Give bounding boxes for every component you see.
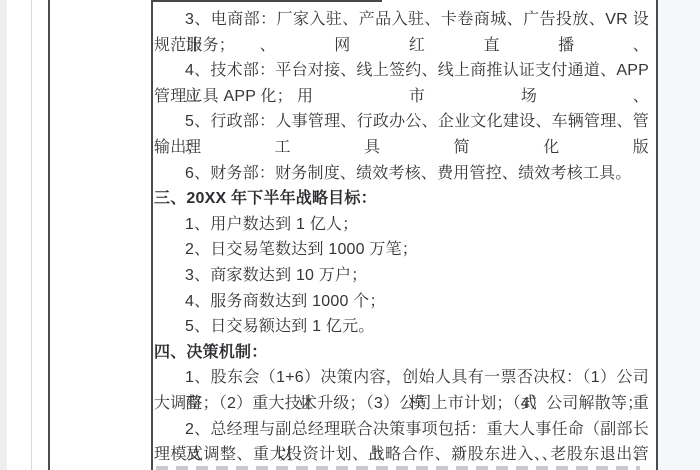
doc-line-6: 6、财务部：财务制度、绩效考核、费用管控、绩效考核工具。: [154, 161, 649, 187]
doc-line-16: 2、总经理与副总经理联合决策事项包括：重大人事任命（副部长及以上）、管: [154, 417, 649, 443]
doc-line-13: 四、决策机制：: [154, 340, 649, 366]
table-border-right: [656, 0, 658, 470]
doc-line-2: 4、技术部：平台对接、线上签约、线上商推认证支付通道、APP 应用市场、: [154, 58, 649, 84]
doc-line-0: 3、电商部：厂家入驻、产品入驻、卡卷商城、广告投放、VR 设计、网红直播、: [154, 7, 649, 33]
document-viewer: 3、电商部：厂家入驻、产品入驻、卡卷商城、广告投放、VR 设计、网红直播、规范服…: [0, 0, 700, 470]
doc-line-9: 2、日交易笔数达到 1000 万笔；: [154, 237, 649, 263]
doc-line-11: 4、服务商数达到 1000 个；: [154, 289, 649, 315]
table-border-column-divider: [151, 0, 153, 470]
doc-line-17: 理模式调整、重大投资计划、战略合作、新股东进入、老股东退出、制度文件出台、: [154, 442, 649, 468]
document-text-column: 3、电商部：厂家入驻、产品入驻、卡卷商城、广告投放、VR 设计、网红直播、规范服…: [154, 7, 649, 468]
page-edge-line: [31, 0, 32, 470]
doc-line-10: 3、商家数达到 10 万户；: [154, 263, 649, 289]
doc-line-14: 1、股东会（1+6）决策内容，创始人具有一票否决权：（1）公司商业模式重: [154, 365, 649, 391]
clipped-text-line-top: [153, 0, 382, 2]
table-border-outer-left: [48, 0, 50, 470]
doc-line-15: 大调整；（2）重大技术升级；（3）公司上市计划；（4）公司解散等；: [154, 391, 649, 417]
doc-line-8: 1、用户数达到 1 亿人；: [154, 212, 649, 238]
doc-line-4: 5、行政部：人事管理、行政办公、企业文化建设、车辆管理、管理工具简化版: [154, 109, 649, 135]
page-edge-left: [0, 0, 7, 470]
doc-line-7: 三、20XX 年下半年战略目标：: [154, 186, 649, 212]
doc-line-12: 5、日交易额达到 1 亿元。: [154, 314, 649, 340]
page-margin-right: [658, 0, 700, 470]
